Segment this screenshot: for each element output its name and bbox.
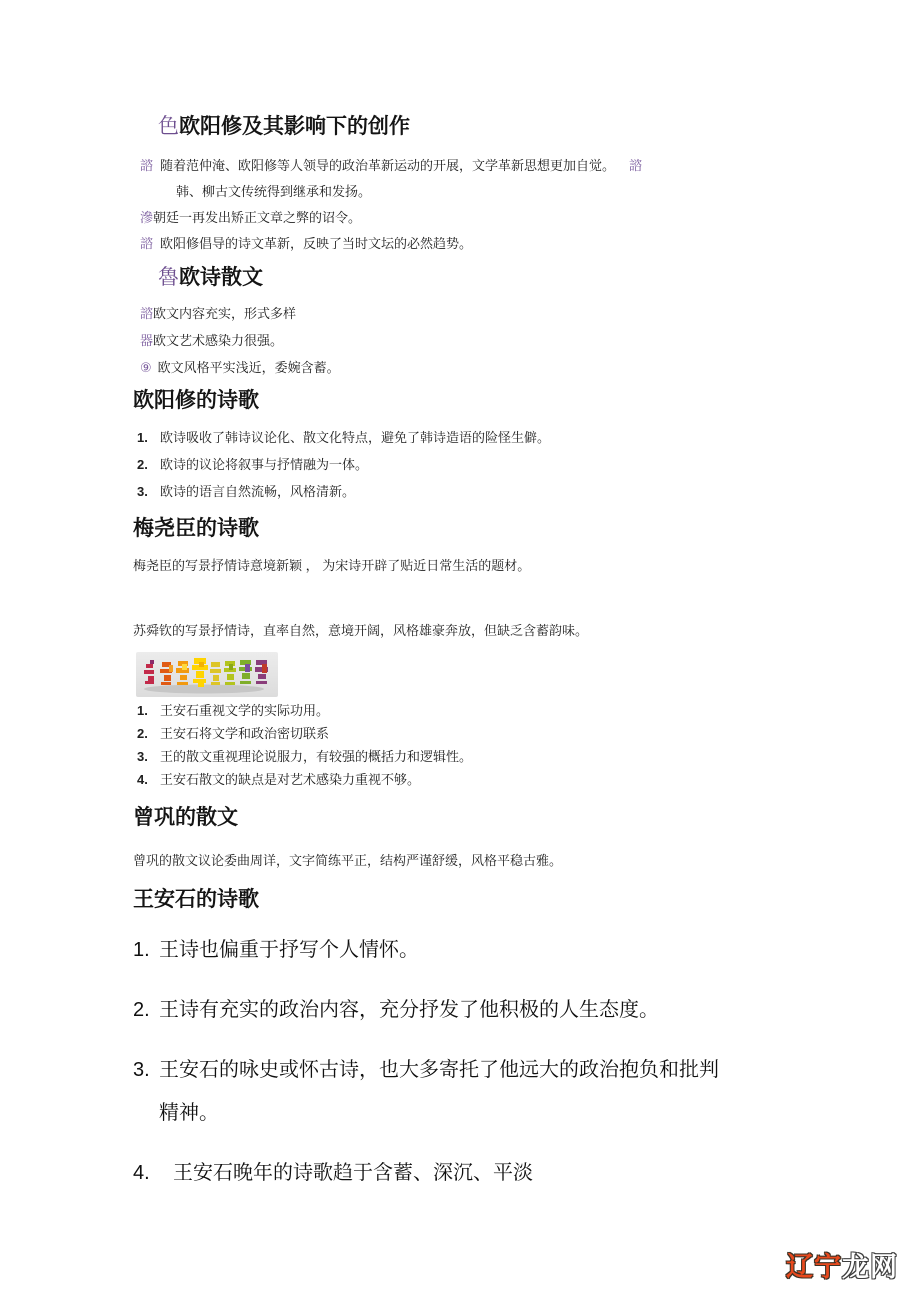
bullet-text: 随着范仲淹、欧阳修等人领导的政治革新运动的开展，文学革新思想更加自觉。	[160, 158, 615, 173]
list-number: 1.	[137, 699, 160, 722]
heading-title: 王安石的诗歌	[133, 888, 259, 911]
list-item: 3.王的散文重视理论说服力，有较强的概括力和逻辑性。	[137, 745, 472, 768]
site-watermark: 辽宁龙网	[786, 1251, 898, 1283]
bullet-list-influence: 諮随着范仲淹、欧阳修等人领导的政治革新运动的开展，文学革新思想更加自觉。諮 韩、…	[140, 153, 642, 257]
bullet-line: 器欧文艺术感染力很强。	[140, 327, 340, 354]
list-text: 欧诗的议论将叙事与抒情融为一体。	[160, 451, 368, 478]
watermark-text-white: 龙网	[842, 1252, 898, 1282]
list-item: 4.王安石晚年的诗歌趋于含蓄、深沉、平淡	[133, 1152, 731, 1195]
list-number: 1.	[133, 929, 159, 972]
bullet-line: ⑨欧文风格平实浅近，委婉含蓄。	[140, 354, 340, 381]
section-heading-ouyangxiu-influence: 色欧阳修及其影响下的创作	[158, 112, 410, 142]
colorful-artwork-graphic	[136, 652, 278, 697]
bullet-glyph: 器	[140, 333, 153, 348]
bullet-text: 欧文风格平实浅近，委婉含蓄。	[158, 360, 340, 375]
list-item: 2.王诗有充实的政治内容，充分抒发了他积极的人生态度。	[133, 989, 731, 1032]
list-item: 3.欧诗的语言自然流畅，风格清新。	[137, 478, 550, 505]
list-text: 王安石重视文学的实际功用。	[160, 699, 329, 722]
list-text: 王安石散文的缺点是对艺术感染力重视不够。	[160, 768, 420, 791]
bullet-glyph: ⑨	[140, 360, 152, 375]
heading-badge-glyph: 魯	[158, 266, 179, 289]
heading-title: 曾巩的散文	[133, 806, 238, 829]
section-heading-meiyaochen-poetry: 梅尧臣的诗歌	[133, 514, 259, 544]
watermark-text-orange: 辽宁	[786, 1252, 842, 1282]
bullet-glyph: 諮	[140, 236, 153, 251]
list-number: 3.	[137, 745, 160, 768]
document-page: 色欧阳修及其影响下的创作 諮随着范仲淹、欧阳修等人领导的政治革新运动的开展，文学…	[0, 0, 920, 1303]
heading-title: 欧诗散文	[179, 266, 263, 289]
bullet-line: 諮随着范仲淹、欧阳修等人领导的政治革新运动的开展，文学革新思想更加自觉。諮	[140, 153, 642, 179]
bullet-line: 諮欧文内容充实，形式多样	[140, 300, 340, 327]
numbered-list-wanganshi-poetry: 1.王诗也偏重于抒写个人情怀。 2.王诗有充实的政治内容，充分抒发了他积极的人生…	[133, 929, 731, 1212]
list-item: 1.欧诗吸收了韩诗议论化、散文化特点，避免了韩诗造语的险怪生僻。	[137, 424, 550, 451]
list-number: 3.	[133, 1049, 159, 1135]
list-text: 欧诗吸收了韩诗议论化、散文化特点，避免了韩诗造语的险怪生僻。	[160, 424, 550, 451]
heading-title: 欧阳修的诗歌	[133, 389, 259, 412]
bullet-text: 欧文艺术感染力很强。	[153, 333, 283, 348]
list-text: 欧诗的语言自然流畅，风格清新。	[160, 478, 355, 505]
section-heading-wanganshi-poetry: 王安石的诗歌	[133, 885, 259, 915]
list-text: 王诗也偏重于抒写个人情怀。	[159, 929, 419, 972]
heading-badge-glyph: 色	[158, 115, 179, 138]
list-number: 4.	[133, 1152, 173, 1195]
section-heading-zenggong-prose: 曾巩的散文	[133, 803, 238, 833]
list-number: 2.	[137, 722, 160, 745]
bullet-line: 滲朝廷一再发出矫正文章之弊的诏令。	[140, 205, 642, 231]
decorative-colorful-characters-image	[136, 652, 278, 697]
list-item: 1.王安石重视文学的实际功用。	[137, 699, 472, 722]
list-text: 王安石将文学和政治密切联系	[160, 722, 329, 745]
bullet-text: 韩、柳古文传统得到继承和发扬。	[176, 184, 371, 199]
heading-title: 梅尧臣的诗歌	[133, 517, 259, 540]
list-number: 3.	[137, 478, 160, 505]
section-heading-ou-prose: 魯欧诗散文	[158, 263, 263, 293]
bullet-glyph: 滲	[140, 210, 153, 225]
list-number: 2.	[137, 451, 160, 478]
bullet-text: 欧阳修倡导的诗文革新，反映了当时文坛的必然趋势。	[160, 236, 472, 251]
paragraph-zenggong: 曾巩的散文议论委曲周详，文字简练平正，结构严谨舒缓，风格平稳古雅。	[133, 851, 562, 871]
list-text: 王安石晚年的诗歌趋于含蓄、深沉、平淡	[173, 1152, 533, 1195]
paragraph-meiyaochen: 梅尧臣的写景抒情诗意境新颖 ， 为宋诗开辟了贴近日常生活的题材。	[133, 556, 530, 576]
bullet-line-continuation: 韩、柳古文传统得到继承和发扬。	[140, 179, 642, 205]
list-item: 2.王安石将文学和政治密切联系	[137, 722, 472, 745]
list-number: 4.	[137, 768, 160, 791]
list-item: 2.欧诗的议论将叙事与抒情融为一体。	[137, 451, 550, 478]
list-text: 王安石的咏史或怀古诗，也大多寄托了他远大的政治抱负和批判精神。	[159, 1049, 731, 1135]
section-heading-ouyangxiu-poetry: 欧阳修的诗歌	[133, 386, 259, 416]
list-text: 王诗有充实的政治内容，充分抒发了他积极的人生态度。	[159, 989, 659, 1032]
heading-title: 欧阳修及其影响下的创作	[179, 115, 410, 138]
bullet-glyph: 諮	[140, 306, 153, 321]
bullet-list-ou-prose: 諮欧文内容充实，形式多样 器欧文艺术感染力很强。 ⑨欧文风格平实浅近，委婉含蓄。	[140, 300, 340, 381]
paragraph-sushunqin: 苏舜钦的写景抒情诗，直率自然，意境开阔，风格雄豪奔放，但缺乏含蓄韵味。	[133, 621, 588, 641]
bullet-text: 朝廷一再发出矫正文章之弊的诏令。	[153, 210, 361, 225]
numbered-list-wanganshi-prose: 1.王安石重视文学的实际功用。 2.王安石将文学和政治密切联系 3.王的散文重视…	[137, 699, 472, 791]
list-item: 1.王诗也偏重于抒写个人情怀。	[133, 929, 731, 972]
list-item: 3.王安石的咏史或怀古诗，也大多寄托了他远大的政治抱负和批判精神。	[133, 1049, 731, 1135]
numbered-list-ouyangxiu-poetry: 1.欧诗吸收了韩诗议论化、散文化特点，避免了韩诗造语的险怪生僻。 2.欧诗的议论…	[137, 424, 550, 505]
bullet-glyph: 諮	[629, 158, 642, 173]
bullet-glyph: 諮	[140, 158, 153, 173]
list-number: 1.	[137, 424, 160, 451]
bullet-line: 諮欧阳修倡导的诗文革新，反映了当时文坛的必然趋势。	[140, 231, 642, 257]
list-text: 王的散文重视理论说服力，有较强的概括力和逻辑性。	[160, 745, 472, 768]
list-number: 2.	[133, 989, 159, 1032]
bullet-text: 欧文内容充实，形式多样	[153, 306, 296, 321]
list-item: 4.王安石散文的缺点是对艺术感染力重视不够。	[137, 768, 472, 791]
